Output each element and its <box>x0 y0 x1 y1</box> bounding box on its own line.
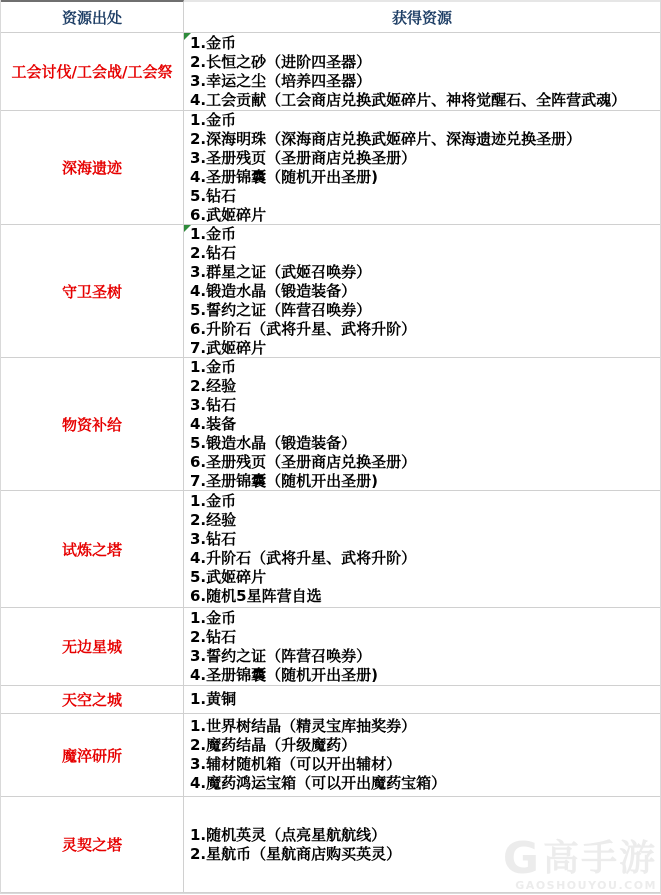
source-cell: 工会讨伐/工会战/工会祭 <box>1 33 184 110</box>
resource-item: 4.魔药鸿运宝箱（可以开出魔药宝箱） <box>190 774 660 793</box>
table-row: 守卫圣树1.金币2.钻石3.群星之证（武姬召唤券）4.锻造水晶（锻造装备）5.誓… <box>1 225 660 358</box>
resource-item: 1.金币 <box>190 34 660 53</box>
source-cell: 无边星城 <box>1 608 184 685</box>
resource-item: 3.钻石 <box>190 530 660 549</box>
source-cell: 灵契之塔 <box>1 797 184 892</box>
resource-item: 4.锻造水晶（锻造装备） <box>190 282 660 301</box>
resource-item: 6.升阶石（武将升星、武将升阶） <box>190 320 660 339</box>
resource-item: 1.世界树结晶（精灵宝库抽奖券） <box>190 717 660 736</box>
resource-item: 5.武姬碎片 <box>190 568 660 587</box>
resource-item: 7.圣册锦囊（随机开出圣册) <box>190 472 660 491</box>
resource-item: 4.圣册锦囊（随机开出圣册) <box>190 168 660 187</box>
header-source-column: 资源出处 <box>1 0 184 32</box>
table-header-row: 资源出处 获得资源 <box>1 0 660 33</box>
resource-item: 4.工会贡献（工会商店兑换武姬碎片、神将觉醒石、全阵营武魂） <box>190 91 660 110</box>
resource-item: 1.金币 <box>190 609 660 628</box>
items-cell: 1.金币2.钻石3.誓约之证（阵营召唤券）4.圣册锦囊（随机开出圣册) <box>184 608 660 685</box>
table-row: 无边星城1.金币2.钻石3.誓约之证（阵营召唤券）4.圣册锦囊（随机开出圣册) <box>1 608 660 686</box>
table-row: 工会讨伐/工会战/工会祭1.金币2.长恒之砂（进阶四圣器）3.幸运之尘（培养四圣… <box>1 33 660 111</box>
items-cell: 1.黄铜 <box>184 686 660 713</box>
table-row: 物资补给1.金币2.经验3.钻石4.装备5.锻造水晶（锻造装备）6.圣册残页（圣… <box>1 358 660 491</box>
items-cell: 1.金币2.钻石3.群星之证（武姬召唤券）4.锻造水晶（锻造装备）5.誓约之证（… <box>184 225 660 357</box>
resource-item: 1.金币 <box>190 492 660 511</box>
resource-item: 3.幸运之尘（培养四圣器） <box>190 72 660 91</box>
resource-item: 2.星航币（星航商店购买英灵） <box>190 845 660 864</box>
resource-item: 3.辅材随机箱（可以开出辅材） <box>190 755 660 774</box>
source-cell: 魔淬研所 <box>1 714 184 796</box>
source-cell: 物资补给 <box>1 358 184 490</box>
resource-item: 2.魔药结晶（升级魔药） <box>190 736 660 755</box>
table-row: 灵契之塔1.随机英灵（点亮星航航线）2.星航币（星航商店购买英灵） <box>1 797 660 893</box>
resource-item: 2.深海明珠（深海商店兑换武姬碎片、深海遗迹兑换圣册） <box>190 130 660 149</box>
source-cell: 深海遗迹 <box>1 111 184 224</box>
resource-item: 1.金币 <box>190 225 660 244</box>
table-row: 魔淬研所1.世界树结晶（精灵宝库抽奖券）2.魔药结晶（升级魔药）3.辅材随机箱（… <box>1 714 660 797</box>
table-row: 试炼之塔1.金币2.经验3.钻石4.升阶石（武将升星、武将升阶）5.武姬碎片6.… <box>1 491 660 608</box>
resource-item: 4.圣册锦囊（随机开出圣册) <box>190 666 660 685</box>
header-resources-column: 获得资源 <box>184 0 660 32</box>
items-cell: 1.金币2.长恒之砂（进阶四圣器）3.幸运之尘（培养四圣器）4.工会贡献（工会商… <box>184 33 660 110</box>
items-cell: 1.金币2.深海明珠（深海商店兑换武姬碎片、深海遗迹兑换圣册）3.圣册残页（圣册… <box>184 111 660 224</box>
table-row: 天空之城1.黄铜 <box>1 686 660 714</box>
items-cell: 1.金币2.经验3.钻石4.装备5.锻造水晶（锻造装备）6.圣册残页（圣册商店兑… <box>184 358 660 490</box>
resource-item: 1.黄铜 <box>190 690 660 709</box>
resource-item: 3.群星之证（武姬召唤券） <box>190 263 660 282</box>
resource-item: 2.长恒之砂（进阶四圣器） <box>190 53 660 72</box>
green-corner-marker-icon <box>184 225 191 232</box>
resource-item: 4.升阶石（武将升星、武将升阶） <box>190 549 660 568</box>
resource-item: 2.钻石 <box>190 628 660 647</box>
resource-item: 1.金币 <box>190 111 660 130</box>
table-row: 深海遗迹1.金币2.深海明珠（深海商店兑换武姬碎片、深海遗迹兑换圣册）3.圣册残… <box>1 111 660 225</box>
resource-item: 2.钻石 <box>190 244 660 263</box>
resource-item: 6.武姬碎片 <box>190 206 660 225</box>
green-corner-marker-icon <box>184 33 191 40</box>
resource-table: 资源出处 获得资源 工会讨伐/工会战/工会祭1.金币2.长恒之砂（进阶四圣器）3… <box>0 0 661 894</box>
source-cell: 守卫圣树 <box>1 225 184 357</box>
resource-item: 5.钻石 <box>190 187 660 206</box>
resource-item: 2.经验 <box>190 377 660 396</box>
resource-item: 3.钻石 <box>190 396 660 415</box>
resource-item: 3.誓约之证（阵营召唤券） <box>190 647 660 666</box>
resource-item: 1.随机英灵（点亮星航航线） <box>190 826 660 845</box>
resource-item: 5.誓约之证（阵营召唤券） <box>190 301 660 320</box>
resource-item: 6.圣册残页（圣册商店兑换圣册） <box>190 453 660 472</box>
resource-item: 6.随机5星阵营自选 <box>190 587 660 606</box>
source-cell: 天空之城 <box>1 686 184 713</box>
resource-item: 5.锻造水晶（锻造装备） <box>190 434 660 453</box>
items-cell: 1.金币2.经验3.钻石4.升阶石（武将升星、武将升阶）5.武姬碎片6.随机5星… <box>184 491 660 607</box>
resource-item: 7.武姬碎片 <box>190 339 660 358</box>
table-body: 工会讨伐/工会战/工会祭1.金币2.长恒之砂（进阶四圣器）3.幸运之尘（培养四圣… <box>1 33 660 893</box>
items-cell: 1.世界树结晶（精灵宝库抽奖券）2.魔药结晶（升级魔药）3.辅材随机箱（可以开出… <box>184 714 660 796</box>
resource-item: 2.经验 <box>190 511 660 530</box>
resource-item: 4.装备 <box>190 415 660 434</box>
resource-item: 3.圣册残页（圣册商店兑换圣册） <box>190 149 660 168</box>
resource-item: 1.金币 <box>190 358 660 377</box>
items-cell: 1.随机英灵（点亮星航航线）2.星航币（星航商店购买英灵） <box>184 797 660 892</box>
source-cell: 试炼之塔 <box>1 491 184 607</box>
